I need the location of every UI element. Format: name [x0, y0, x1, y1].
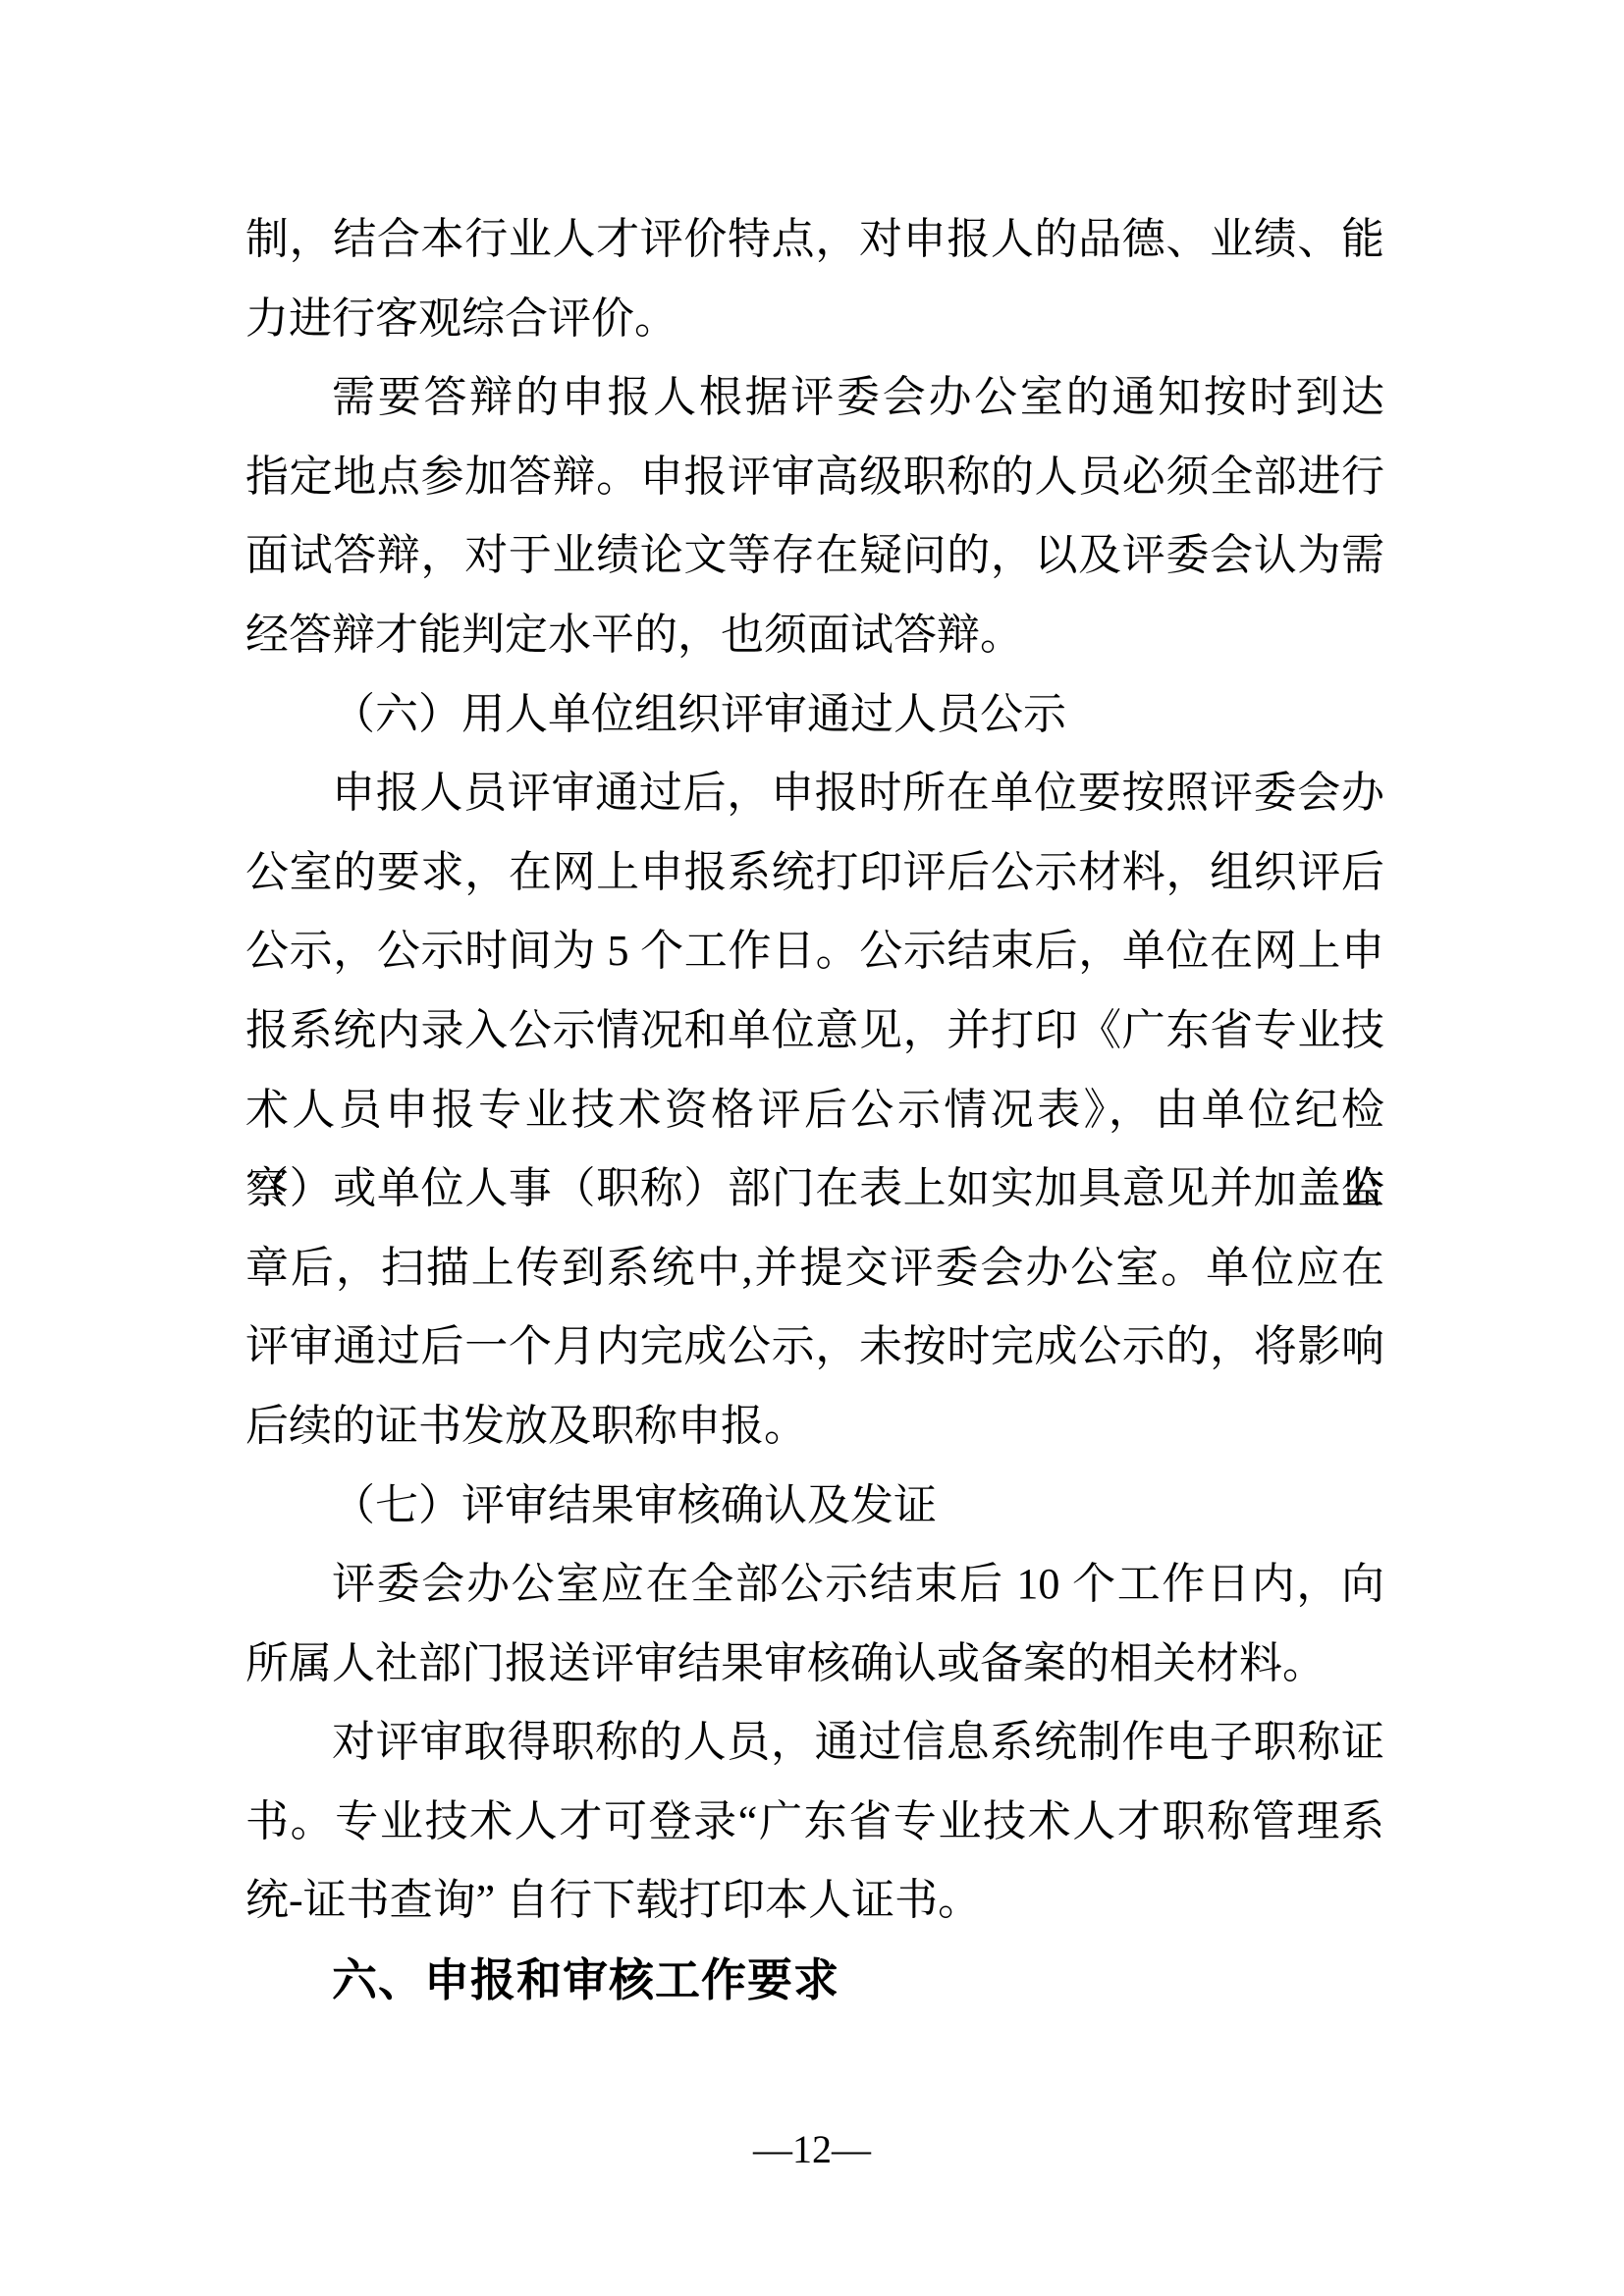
text-line: 面试答辩，对于业绩论文等存在疑问的，以及评委会认为需	[245, 516, 1384, 596]
text-line: 书。专业技术人才可登录“广东省专业技术人才职称管理系	[245, 1783, 1384, 1862]
page-number: —12—	[0, 2126, 1624, 2173]
section-heading-seven: （七）评审结果审核确认及发证	[245, 1467, 1384, 1546]
text-line: 制，结合本行业人才评价特点，对申报人的品德、业绩、能	[245, 200, 1384, 280]
text-line: 指定地点参加答辩。申报评审高级职称的人员必须全部进行	[245, 438, 1384, 517]
text-line: 统-证书查询” 自行下载打印本人证书。	[245, 1861, 1384, 1941]
text-line: 评审通过后一个月内完成公示，未按时完成公示的，将影响	[245, 1308, 1384, 1387]
chapter-heading: 六、申报和审核工作要求	[245, 1941, 1384, 2020]
section-heading-six: （六）用人单位组织评审通过人员公示	[245, 675, 1384, 755]
text-line: 后续的证书发放及职称申报。	[245, 1387, 1384, 1467]
text-line: 察）或单位人事（职称）部门在表上如实加具意见并加盖公	[245, 1149, 1384, 1229]
text-line: 公示，公示时间为 5 个工作日。公示结束后，单位在网上申	[245, 912, 1384, 991]
text-line: 评委会办公室应在全部公示结束后 10 个工作日内，向	[245, 1545, 1384, 1625]
text-line: 经答辩才能判定水平的，也须面试答辩。	[245, 596, 1384, 675]
document-body: 制，结合本行业人才评价特点，对申报人的品德、业绩、能 力进行客观综合评价。 需要…	[245, 200, 1384, 2020]
text-line: 报系统内录入公示情况和单位意见，并打印《广东省专业技	[245, 991, 1384, 1071]
document-page: 制，结合本行业人才评价特点，对申报人的品德、业绩、能 力进行客观综合评价。 需要…	[0, 0, 1624, 2296]
text-line: 力进行客观综合评价。	[245, 280, 1384, 359]
text-line: 对评审取得职称的人员，通过信息系统制作电子职称证	[245, 1703, 1384, 1783]
text-line: 所属人社部门报送评审结果审核确认或备案的相关材料。	[245, 1625, 1384, 1704]
text-line: 术人员申报专业技术资格评后公示情况表》，由单位纪检（监	[245, 1071, 1384, 1150]
text-line: 需要答辩的申报人根据评委会办公室的通知按时到达	[245, 358, 1384, 438]
text-line: 申报人员评审通过后，申报时所在单位要按照评委会办	[245, 754, 1384, 833]
text-line: 公室的要求，在网上申报系统打印评后公示材料，组织评后	[245, 833, 1384, 913]
text-line: 章后，扫描上传到系统中,并提交评委会办公室。单位应在	[245, 1229, 1384, 1308]
